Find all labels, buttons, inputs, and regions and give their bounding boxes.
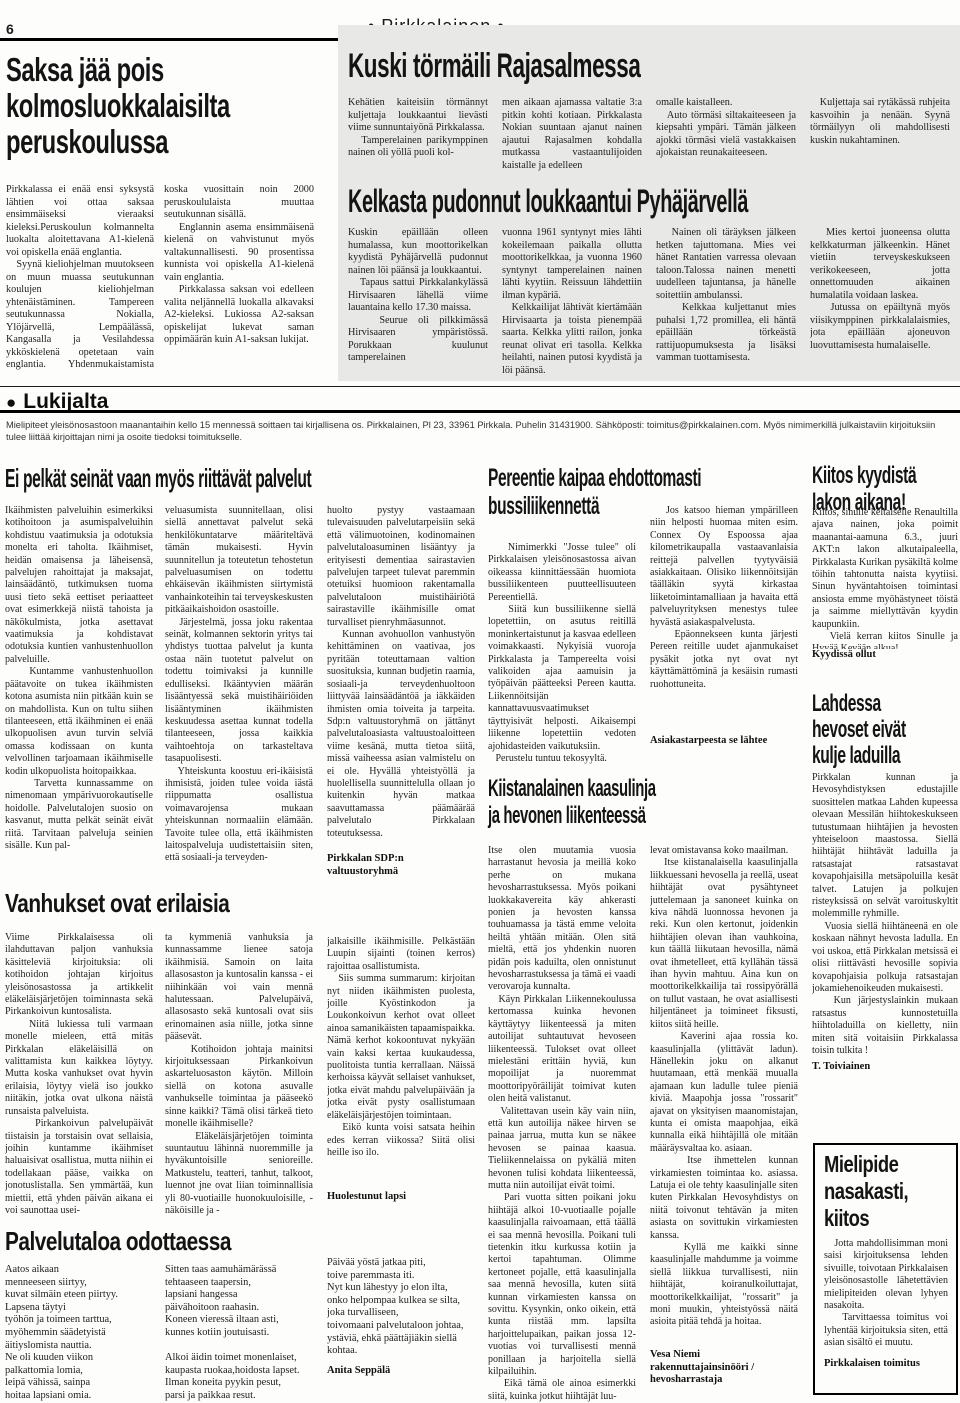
article-kelkasta-col3: Nainen oli täräyksen jälkeen hetken taju… — [656, 227, 796, 377]
editor-notice-title: Mielipide nasakasti, kiitos — [824, 1151, 952, 1232]
letter-kiitos-signature: Kyydissä ollut — [812, 649, 876, 662]
article-saksa-title: Saksa jää pois kolmosluokkalaisilta peru… — [6, 52, 337, 160]
letter-lahdessa-title: Lahdessa hevoset eivät kulje laduilla — [812, 691, 960, 769]
letter-vanhukset-signature: Huolestunut lapsi — [327, 1191, 406, 1204]
letter-lahdessa-signature: T. Toiviainen — [812, 1061, 870, 1074]
letter-pereentie-signature: Asiakastarpeesta se lähtee — [650, 735, 767, 748]
page-number: 6 — [6, 21, 14, 37]
letter-seinat-col3: huolto pystyy vastaamaan tulevaisuuden p… — [327, 505, 475, 851]
editor-notice-body: Jotta mahdollisimman moni saisi kirjoitu… — [824, 1238, 948, 1350]
section-rule-bottom — [0, 410, 960, 413]
article-saksa-col1: Pirkkalassa ei enää ensi syksystä lähtie… — [6, 184, 154, 370]
letter-palvelutalo-title: Palvelutaloa odottaessa — [5, 1227, 309, 1256]
lukijalta-submission-note: Mielipiteet yleisönosastoon maanantaihin… — [6, 420, 954, 445]
article-saksa-col2: koska vuosittain noin 2000 peruskoululai… — [164, 184, 314, 370]
letter-seinat-col1: Ikäihmisten palveluihin esimerkiksi koti… — [5, 505, 153, 881]
article-kuski-col4: Kuljettaja sai rytäkässä ruhjeita kasvoi… — [810, 97, 950, 175]
letter-kaasulinja-signature: Vesa Niemi rakennuttajainsinööri / hevos… — [650, 1349, 754, 1387]
letter-vanhukset-title: Vanhukset ovat erilaisia — [5, 889, 309, 918]
section-rule-top — [0, 386, 960, 387]
article-kuski-col2: men aikaan ajamassa valtatie 3:a pitkin … — [502, 97, 642, 175]
letter-kaasulinja-title: Kiistanalainen kaasulinja ja hevonen lii… — [488, 775, 748, 829]
poem-stanza-2: Sitten taas aamuhämärässä tehtaaseen taa… — [165, 1264, 325, 1402]
letter-kiitos-body: Kiitos, sinulle keltaiselle Renaultilla … — [812, 507, 958, 649]
poem-stanza-3: Päivää yöstä jatkaa piti, toive paremmas… — [327, 1257, 487, 1363]
article-kuski-col1: Kehätien kaiteisiin törmännyt kuljettaja… — [348, 97, 488, 175]
letter-kaasulinja-col2: levat omistavansa koko maailman. Itse ki… — [650, 845, 798, 1345]
section-bullet-icon: ● — [6, 394, 16, 411]
editor-notice-box: Mielipide nasakasti, kiitos Jotta mahdol… — [813, 1143, 958, 1395]
article-kelkasta-col2: vuonna 1961 syntynyt mies lähti kokeilem… — [502, 227, 642, 377]
letter-seinat-title: Ei pelkät seinät vaan myös riittävät pal… — [5, 464, 461, 493]
letter-vanhukset-col1: Viime Pirkkalaisessa oli ilahduttavan pa… — [5, 932, 153, 1220]
editor-notice-signature: Pirkkalaisen toimitus — [824, 1358, 947, 1371]
poem-stanza-1: Aatos aikaan menneeseen siirtyy, kuvat s… — [5, 1264, 163, 1402]
letter-vanhukset-col3: jalkaisille ikäihmisille. Pelkästään Luu… — [327, 936, 475, 1186]
letter-lahdessa-body: Pirkkalan kunnan ja Hevosyhdistyksen edu… — [812, 772, 958, 1060]
article-kelkasta-title: Kelkasta pudonnut loukkaantui Pyhäjärvel… — [348, 184, 819, 219]
article-kelkasta-col1: Kuskin epäillään olleen humalassa, kun m… — [348, 227, 488, 377]
poem-signature: Anita Seppälä — [327, 1365, 390, 1378]
newspaper-page: { "page_colors": { "background": "#fdfdf… — [0, 0, 960, 1403]
article-kelkasta-col4: Mies kertoi juoneensa olutta kelkkaturma… — [810, 227, 950, 377]
letter-seinat-col2: veluasumista suunnitellaan, olisi siellä… — [165, 505, 313, 881]
article-kuski-col3: omalle kaistalleen. Auto törmäsi siltaka… — [656, 97, 796, 175]
letter-seinat-signature: Pirkkalan SDP:n valtuustoryhmä — [327, 853, 404, 878]
letter-pereentie-col2: Jos katsoo hieman ympärilleen niin helpo… — [650, 505, 798, 733]
article-kuski-title: Kuski törmäili Rajasalmessa — [348, 48, 718, 85]
letter-vanhukset-col2: ta kymmeniä vanhuksia ja kunnassamme lie… — [165, 932, 313, 1220]
letter-pereentie-col1: Nimimerkki "Josse tulee" oli Pirkkalaise… — [488, 542, 636, 764]
letter-kaasulinja-col1: Itse olen muutamia vuosia harrastanut he… — [488, 845, 636, 1402]
